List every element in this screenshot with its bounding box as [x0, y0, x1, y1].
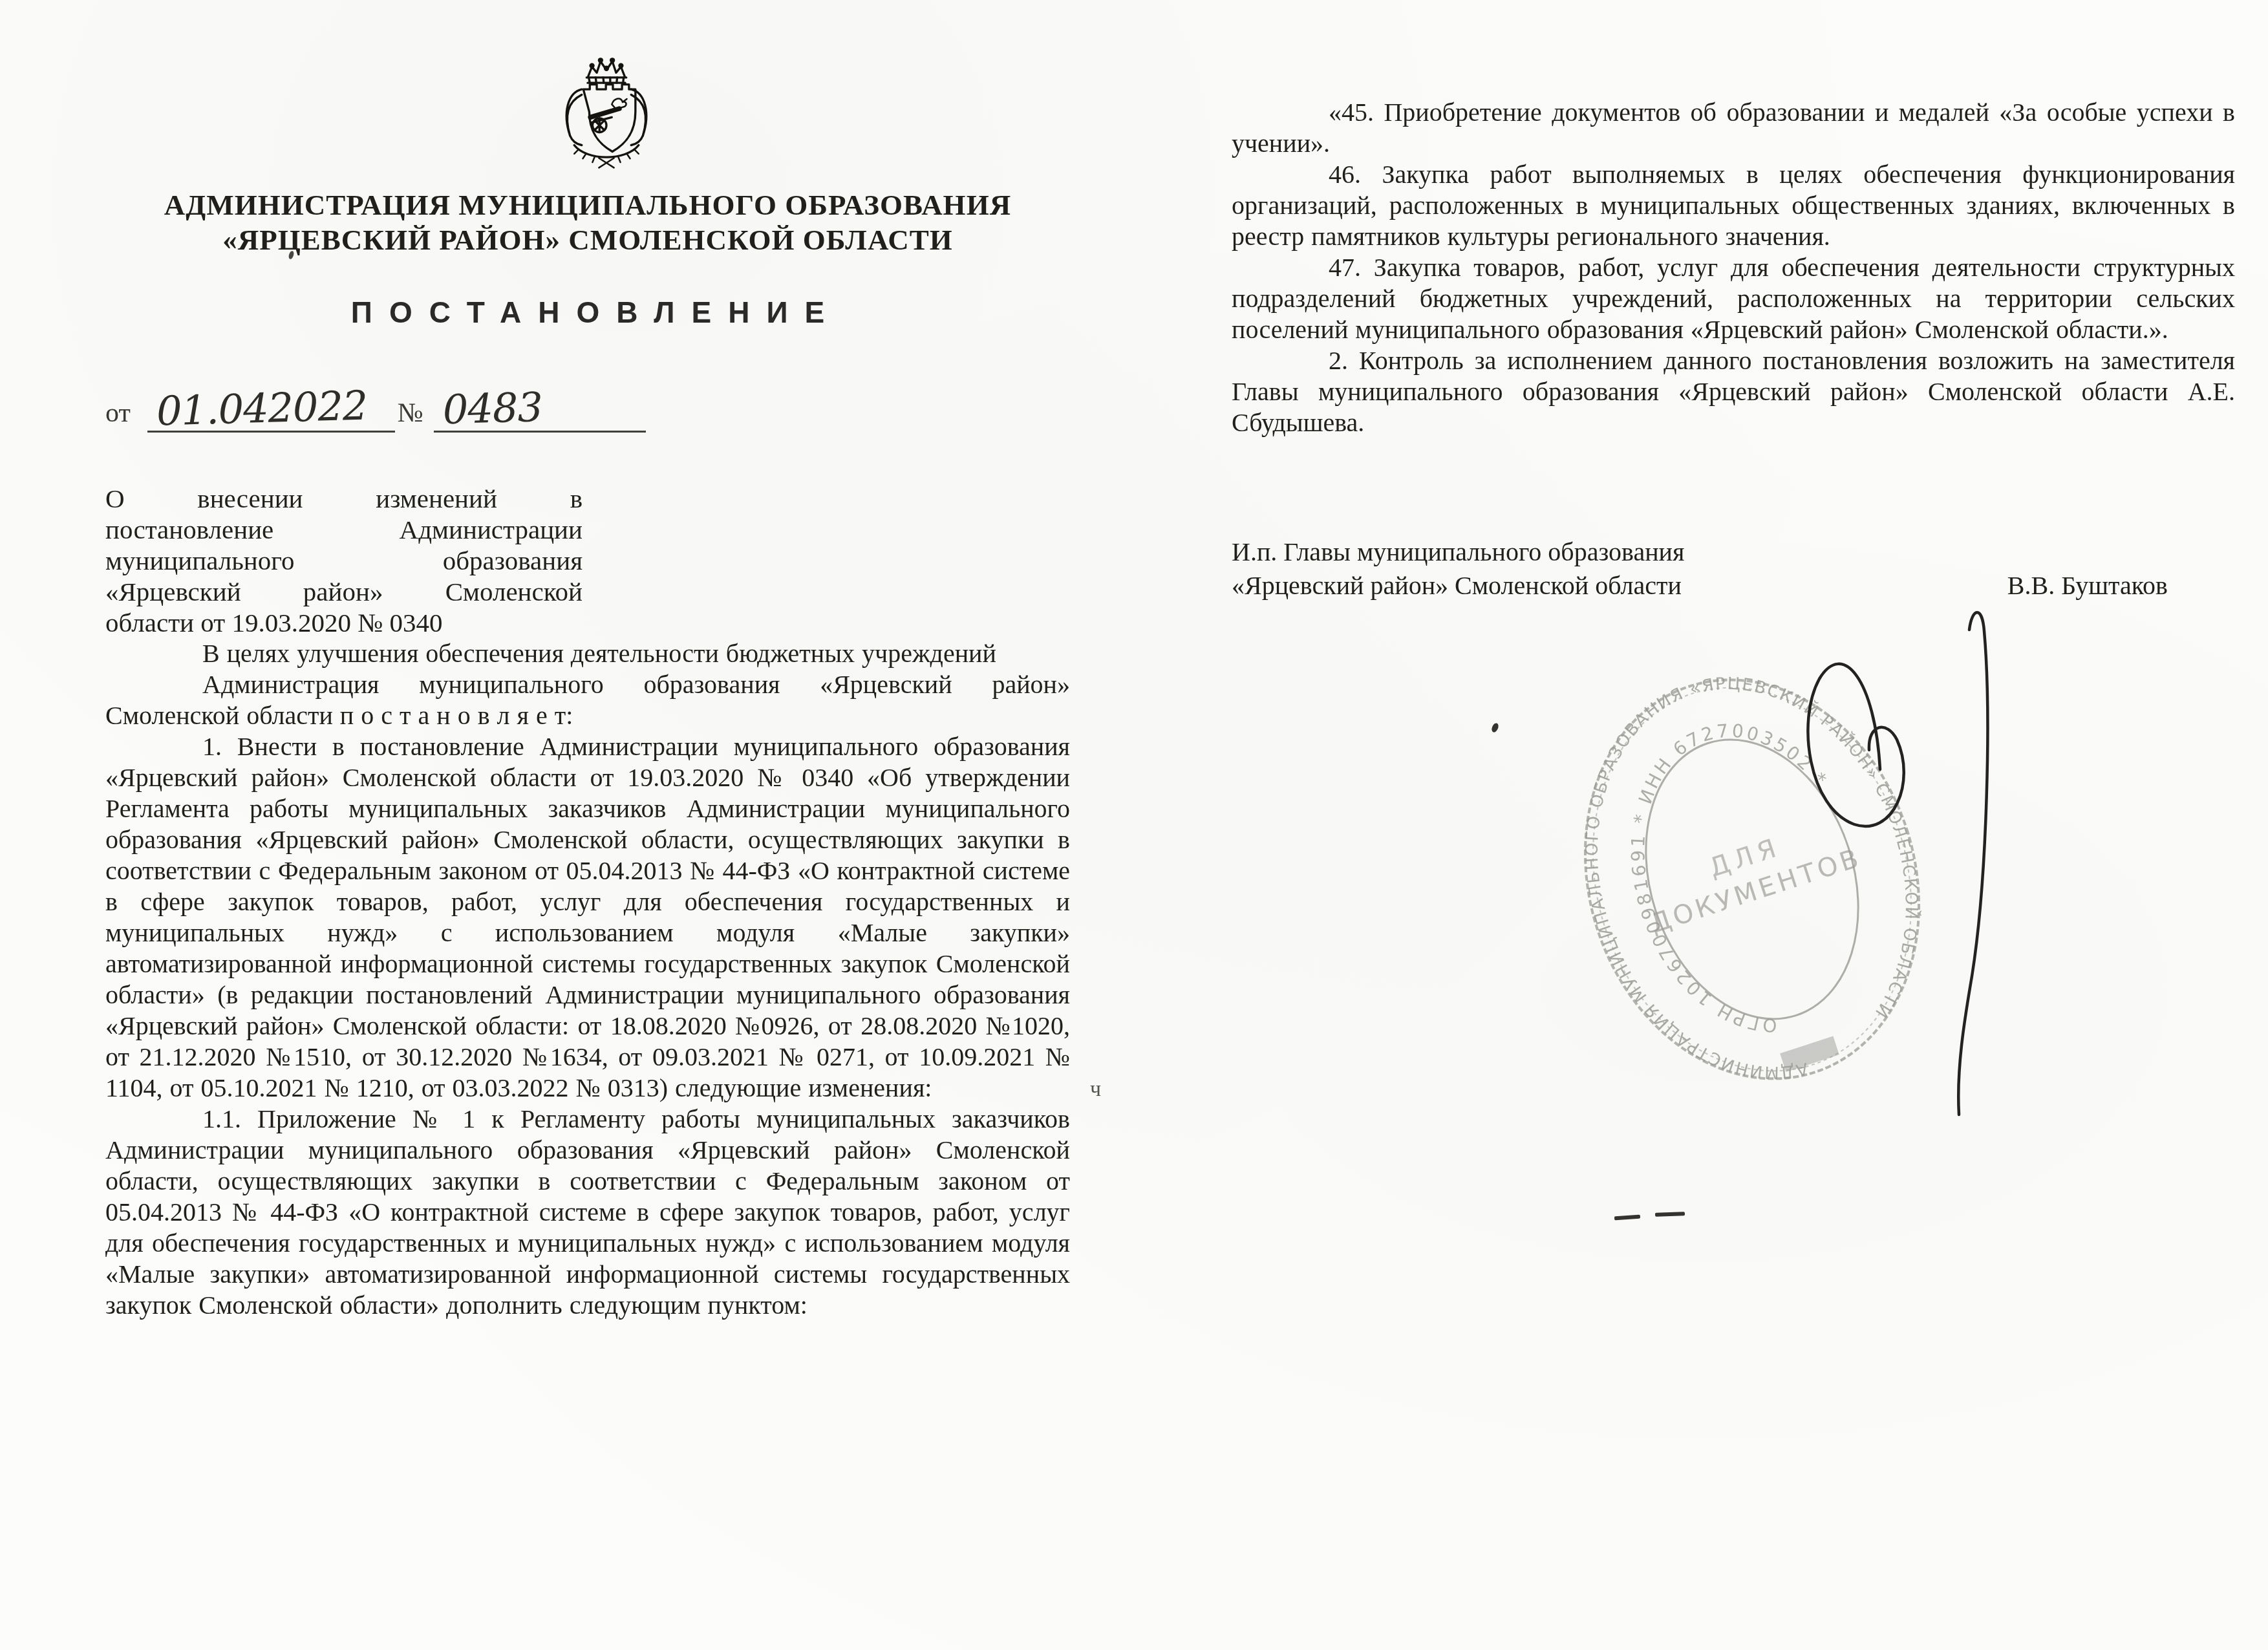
- pen-signature: [1783, 600, 2031, 1126]
- subject-line: «Ярцевский район» Смоленской: [105, 576, 583, 607]
- document-type-title: ПОСТАНОВЛЕНИЕ: [105, 295, 1070, 330]
- signer-position-line1: И.п. Главы муниципального образования: [1232, 535, 1684, 569]
- pen-dash-mark: [1655, 1212, 1685, 1217]
- signer-name: В.В. Буштаков: [2007, 569, 2168, 603]
- org-name-line1: АДМИНИСТРАЦИЯ МУНИЦИПАЛЬНОГО ОБРАЗОВАНИЯ: [105, 187, 1070, 222]
- ink-speck: [1490, 722, 1499, 733]
- pen-dash-mark: [1614, 1215, 1640, 1221]
- subject-line: О внесении изменений в: [105, 483, 583, 514]
- signer-position-line2: «Ярцевский район» Смоленской области: [1232, 569, 1684, 603]
- org-name-line2: «ЯРЦЕВСКИЙ РАЙОН» СМОЛЕНСКОЙ ОБЛАСТИ: [105, 222, 1070, 257]
- signature-block: И.п. Главы муниципального образования «Я…: [1232, 535, 2168, 603]
- handwritten-date: 01.042022: [156, 386, 368, 431]
- scanned-document: { "doc": { "header": { "org_line1": "АДМ…: [0, 0, 2268, 1650]
- paragraph-1-1: 1.1. Приложение № 1 к Регламенту работы …: [105, 1104, 1070, 1321]
- page-left: АДМИНИСТРАЦИЯ МУНИЦИПАЛЬНОГО ОБРАЗОВАНИЯ…: [105, 55, 1070, 1321]
- date-from-label: от: [105, 398, 131, 433]
- date-number-row: от 01.042022 № 0483: [105, 389, 1070, 433]
- paragraph-45: «45. Приобретение документов об образова…: [1232, 97, 2235, 159]
- paragraph-47: 47. Закупка товаров, работ, услуг для об…: [1232, 252, 2235, 345]
- page-right: «45. Приобретение документов об образова…: [1232, 97, 2235, 603]
- signer-position: И.п. Главы муниципального образования «Я…: [1232, 535, 1684, 603]
- handwritten-number: 0483: [442, 388, 542, 429]
- paragraph-purpose: В целях улучшения обеспечения деятельнос…: [105, 638, 1070, 669]
- subject-block: О внесении изменений в постановление Адм…: [105, 483, 583, 638]
- number-underline: 0483: [434, 389, 646, 433]
- coat-of-arms-icon: [537, 55, 676, 175]
- paragraph-2-control: 2. Контроль за исполнением данного поста…: [1232, 345, 2235, 438]
- paragraph-resolves: Администрация муниципального образования…: [105, 669, 1070, 731]
- number-sign: №: [398, 398, 423, 433]
- subject-line: муниципального образования: [105, 545, 583, 576]
- subject-line: области от 19.03.2020 № 0340: [105, 607, 583, 638]
- date-underline: 01.042022: [147, 389, 395, 433]
- org-name-block: АДМИНИСТРАЦИЯ МУНИЦИПАЛЬНОГО ОБРАЗОВАНИЯ…: [105, 187, 1070, 257]
- coat-of-arms-wrap: [105, 55, 1070, 178]
- stray-character-mark: ч: [1090, 1077, 1101, 1102]
- paragraph-1: 1. Внести в постановление Администрации …: [105, 731, 1070, 1104]
- subject-line: постановление Администрации: [105, 514, 583, 545]
- paragraph-46: 46. Закупка работ выполняемых в целях об…: [1232, 159, 2235, 252]
